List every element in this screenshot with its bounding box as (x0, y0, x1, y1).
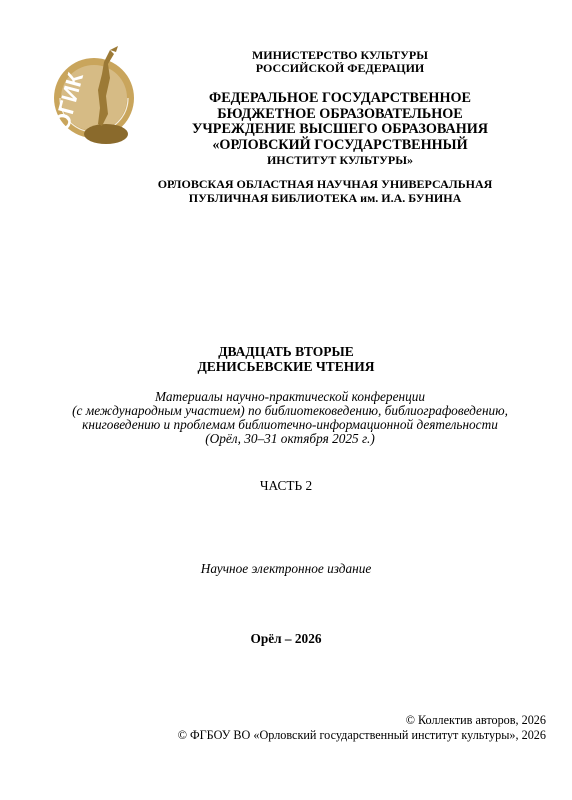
library-line: ПУБЛИЧНАЯ БИБЛИОТЕКА им. И.А. БУНИНА (150, 192, 500, 206)
copyright-block: © Коллектив авторов, 2026 © ФГБОУ ВО «Ор… (178, 713, 546, 742)
institution-line: УЧРЕЖДЕНИЕ ВЫСШЕГО ОБРАЗОВАНИЯ (180, 122, 500, 138)
institution-line: БЮДЖЕТНОЕ ОБРАЗОВАТЕЛЬНОЕ (180, 107, 500, 123)
institution-line: ФЕДЕРАЛЬНОЕ ГОСУДАРСТВЕННОЕ (180, 91, 500, 107)
subtitle-line: (с международным участием) по библиотеко… (60, 404, 520, 418)
edition-type: Научное электронное издание (86, 561, 486, 576)
document-subtitle: Материалы научно-практической конференци… (60, 390, 520, 446)
library-heading: ОРЛОВСКАЯ ОБЛАСТНАЯ НАУЧНАЯ УНИВЕРСАЛЬНА… (150, 178, 500, 205)
subtitle-line: Материалы научно-практической конференци… (60, 390, 520, 404)
institution-heading: ФЕДЕРАЛЬНОЕ ГОСУДАРСТВЕННОЕ БЮДЖЕТНОЕ ОБ… (180, 91, 500, 167)
title-page: ОГИК МИНИСТЕРСТВО КУЛЬТУРЫ РОССИЙСКОЙ ФЕ… (0, 0, 572, 800)
title-line: ДЕНИСЬЕВСКИЕ ЧТЕНИЯ (86, 360, 486, 375)
part-number: ЧАСТЬ 2 (86, 478, 486, 493)
ministry-heading: МИНИСТЕРСТВО КУЛЬТУРЫ РОССИЙСКОЙ ФЕДЕРАЦ… (180, 49, 500, 75)
subtitle-line: книговедению и проблемам библиотечно-инф… (60, 418, 520, 432)
institution-line: «ОРЛОВСКИЙ ГОСУДАРСТВЕННЫЙ (180, 138, 500, 154)
ogik-emblem-icon: ОГИК (44, 44, 144, 144)
ministry-line: РОССИЙСКОЙ ФЕДЕРАЦИИ (180, 62, 500, 75)
city-year: Орёл – 2026 (86, 631, 486, 646)
library-line: ОРЛОВСКАЯ ОБЛАСТНАЯ НАУЧНАЯ УНИВЕРСАЛЬНА… (150, 178, 500, 192)
institution-line: ИНСТИТУТ КУЛЬТУРЫ» (180, 153, 500, 167)
copyright-line: © ФГБОУ ВО «Орловский государственный ин… (178, 728, 546, 743)
copyright-line: © Коллектив авторов, 2026 (178, 713, 546, 728)
document-title: ДВАДЦАТЬ ВТОРЫЕ ДЕНИСЬЕВСКИЕ ЧТЕНИЯ (86, 345, 486, 374)
subtitle-line: (Орёл, 30–31 октября 2025 г.) (60, 432, 520, 446)
title-line: ДВАДЦАТЬ ВТОРЫЕ (86, 345, 486, 360)
